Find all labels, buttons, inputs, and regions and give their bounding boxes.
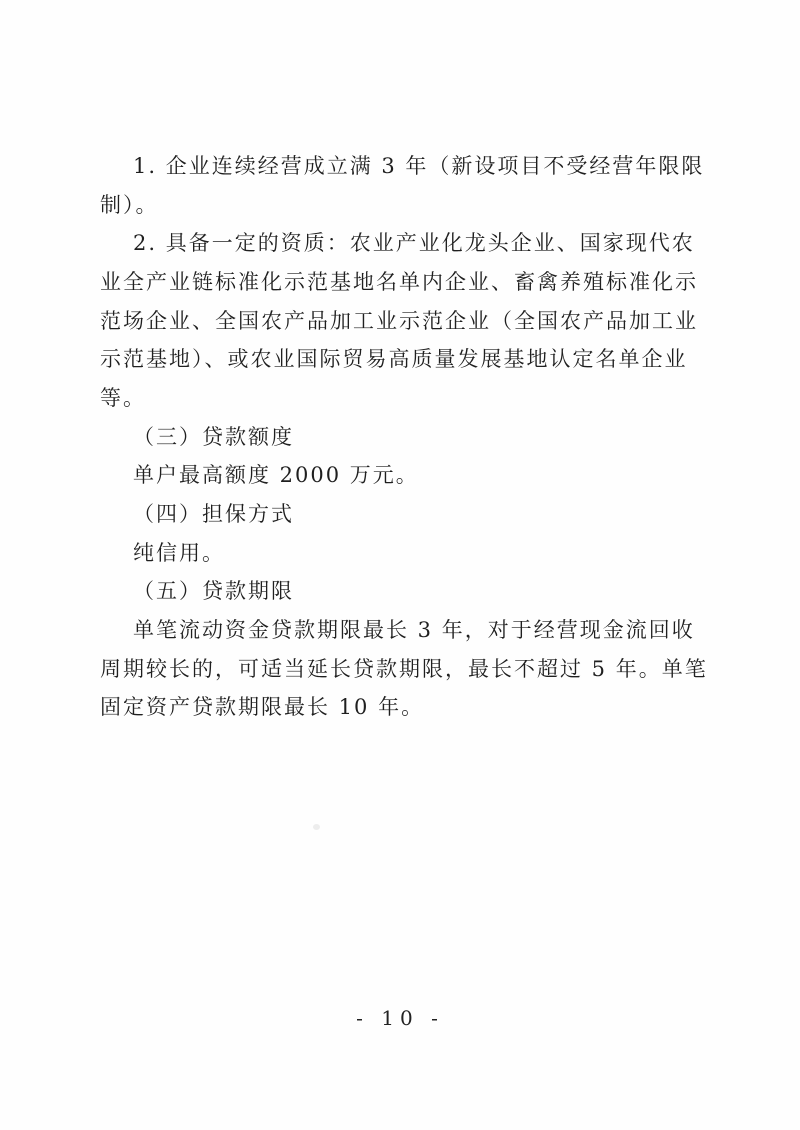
section-heading: （三）贷款额度 [100,418,700,457]
scan-artifact [313,824,320,830]
text-line: 周期较长的，可适当延长贷款期限，最长不超过 5 年。单笔 [100,650,700,689]
text-line: 等。 [100,379,700,418]
text-line: 纯信用。 [100,534,700,573]
page-number: - 10 - [0,1006,800,1030]
document-body: 1. 企业连续经营成立满 3 年（新设项目不受经营年限限 制）。 2. 具备一定… [100,147,700,727]
text-line: 范场企业、全国农产品加工业示范企业（全国农产品加工业 [100,302,700,341]
text-line: 制）。 [100,186,700,225]
text-line: 单笔流动资金贷款期限最长 3 年，对于经营现金流回收 [100,611,700,650]
text-line: 单户最高额度 2000 万元。 [100,456,700,495]
text-line: 固定资产贷款期限最长 10 年。 [100,688,700,727]
text-line: 2. 具备一定的资质：农业产业化龙头企业、国家现代农 [100,224,700,263]
text-line: 业全产业链标准化示范基地名单内企业、畜禽养殖标准化示 [100,263,700,302]
section-heading: （四）担保方式 [100,495,700,534]
document-page: 1. 企业连续经营成立满 3 年（新设项目不受经营年限限 制）。 2. 具备一定… [0,0,800,1130]
section-heading: （五）贷款期限 [100,572,700,611]
text-line: 1. 企业连续经营成立满 3 年（新设项目不受经营年限限 [100,147,700,186]
text-line: 示范基地）、或农业国际贸易高质量发展基地认定名单企业 [100,340,700,379]
